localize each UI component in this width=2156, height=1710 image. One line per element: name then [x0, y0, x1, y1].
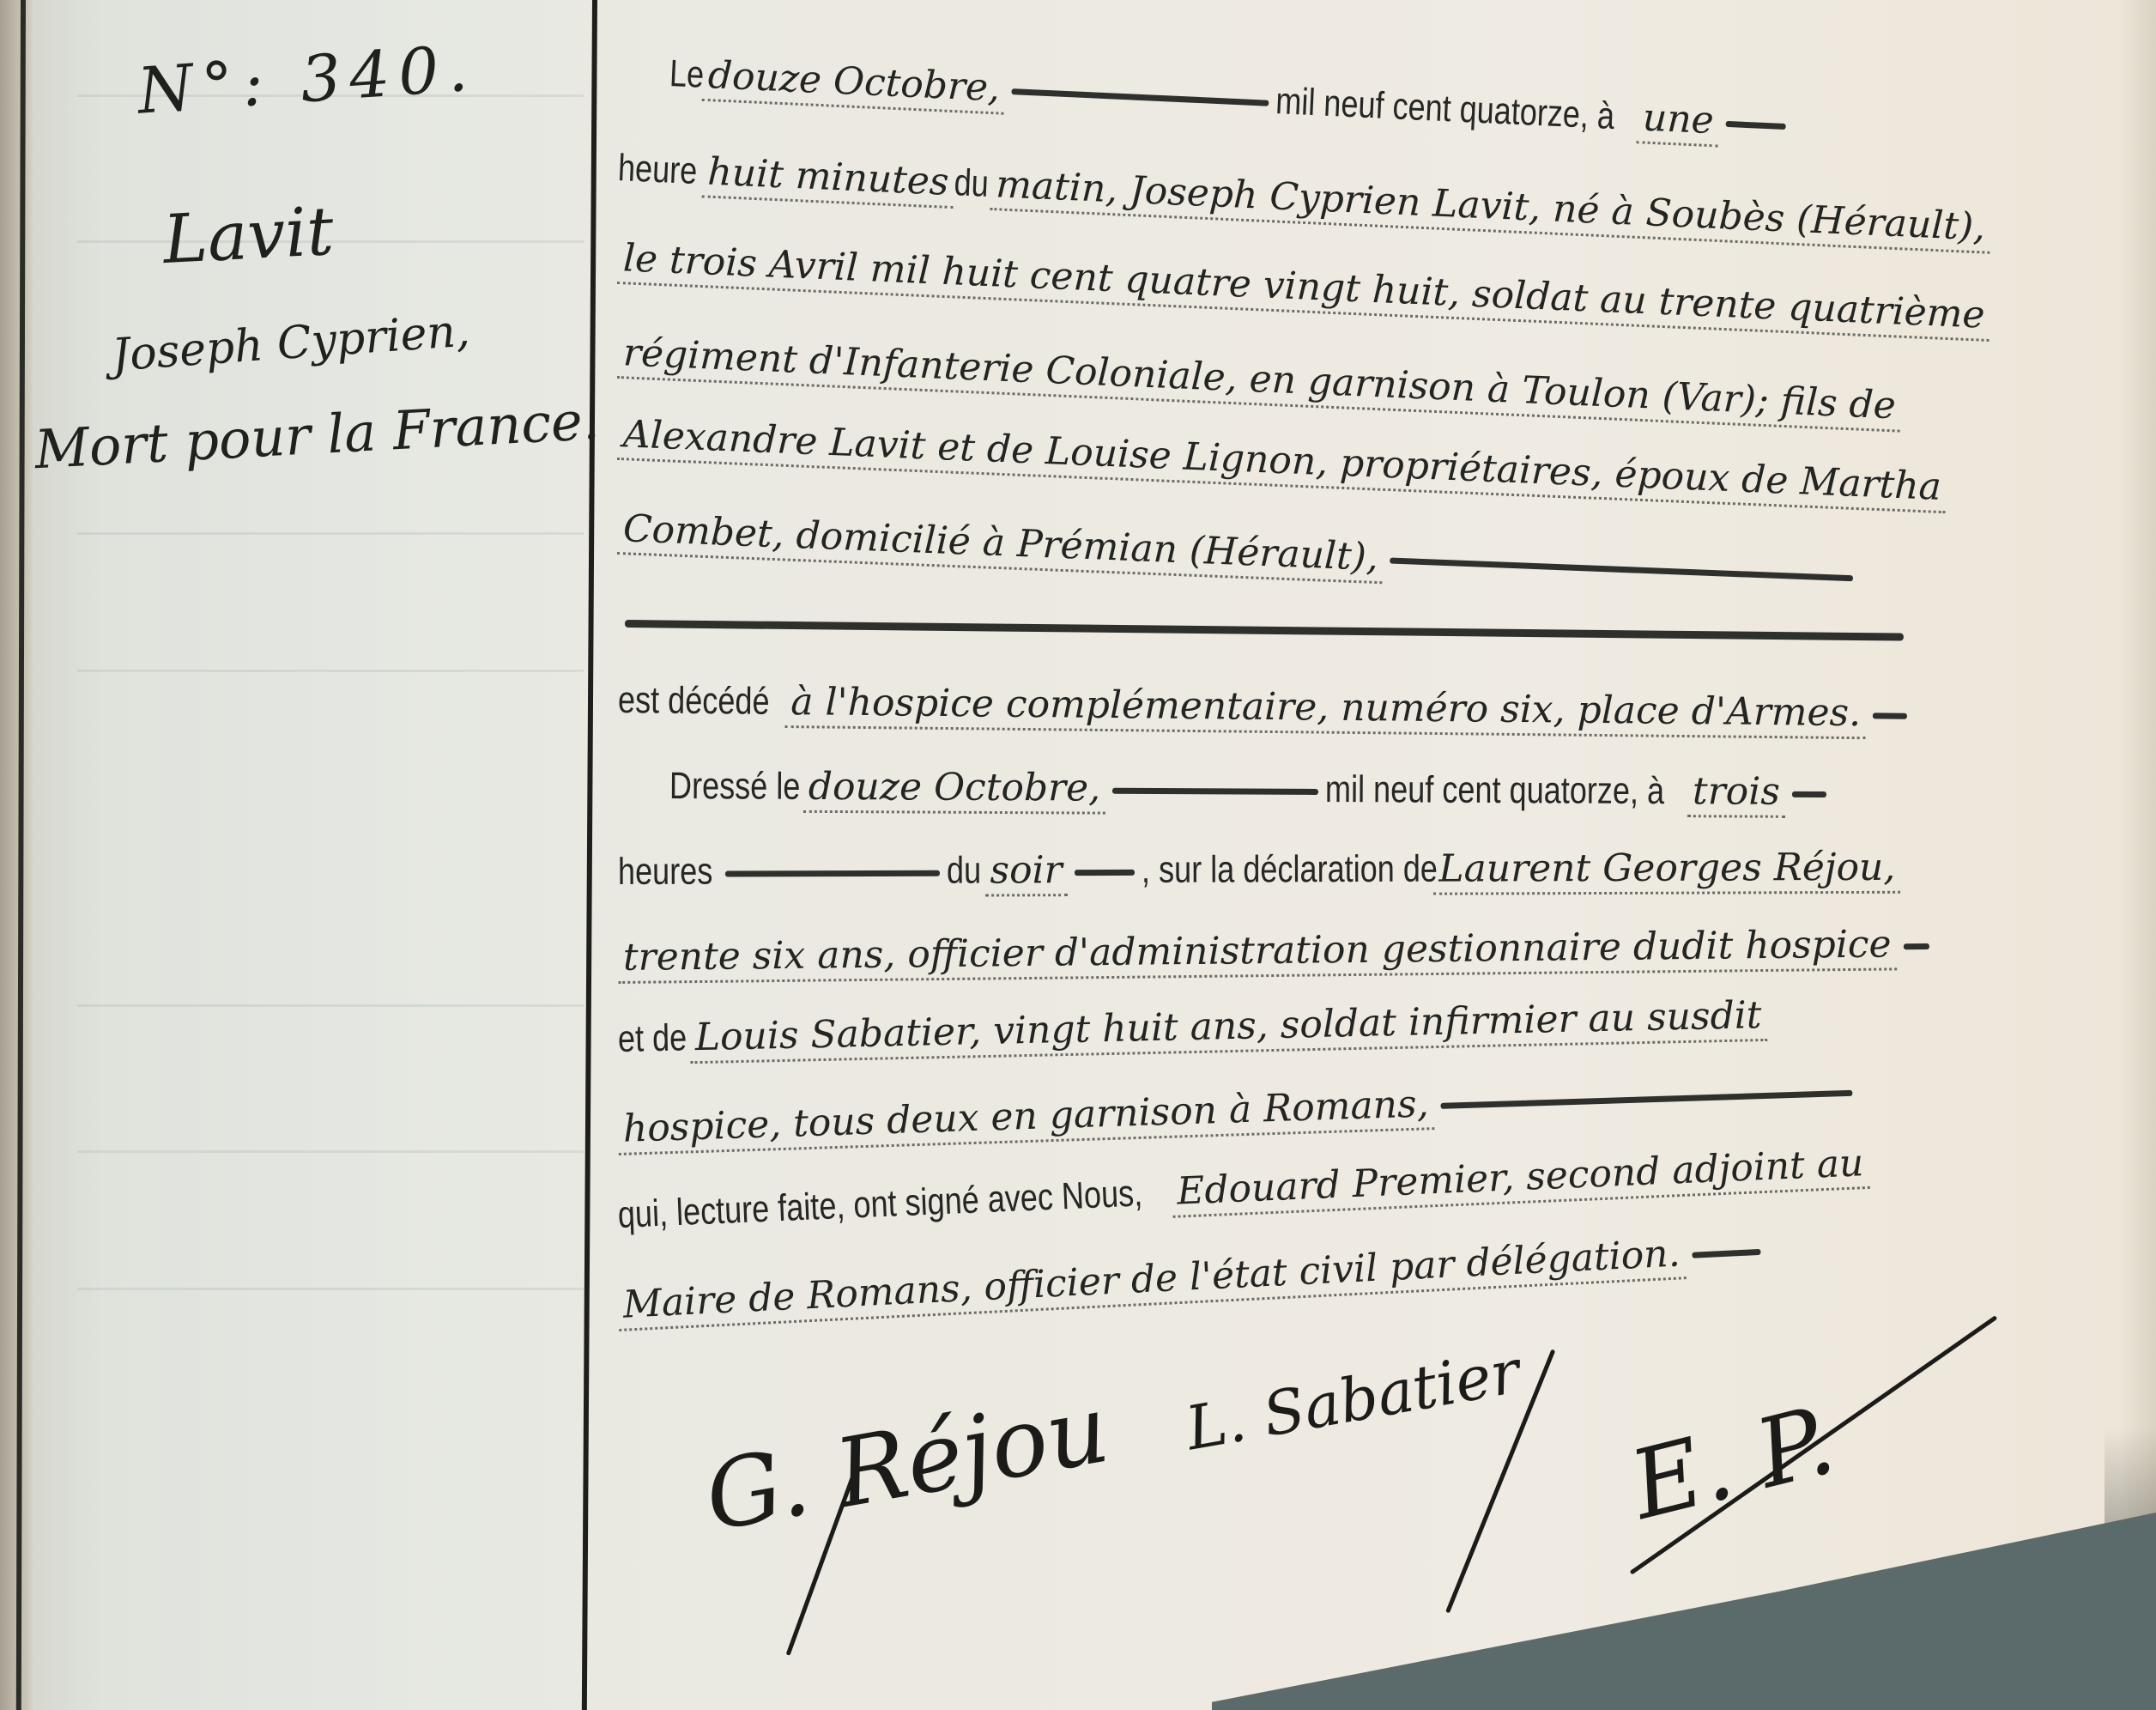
printed-text: du: [946, 850, 980, 893]
act-line-1: Le douze Octobre, mil neuf cent quatorze…: [669, 52, 1794, 150]
filler-dash: [1012, 88, 1269, 106]
filler-dash: [1112, 787, 1318, 794]
first-declarant-details-fill: trente six ans, officier d'administratio…: [618, 922, 1897, 984]
printed-text: du: [953, 161, 989, 206]
officer-title-fill: Maire de Romans, officier de l'état civi…: [617, 1231, 1687, 1331]
deceased-surname: Lavit: [161, 193, 336, 279]
act-line-5: Alexandre Lavit et de Louise Lignon, pro…: [617, 412, 1947, 513]
residence-fill: Combet, domicilié à Prémian (Hérault),: [617, 506, 1384, 584]
printed-text: , sur la déclaration de: [1142, 848, 1438, 892]
filler-dash: [1873, 712, 1907, 719]
filler-dash: [1390, 557, 1854, 581]
margin-column: N°: 340. Lavit Joseph Cyprien, Mort pour…: [34, 0, 592, 1710]
deceased-identity-fill: matin, Joseph Cyprien Lavit, né à Soubès…: [990, 162, 1991, 254]
birth-date-occupation-fill: le trois Avril mil huit cent quatre ving…: [617, 236, 1991, 342]
printed-text: et de: [617, 1016, 687, 1061]
first-declarant-fill: Laurent Georges Réjou,: [1433, 846, 1900, 895]
printed-text: heures: [618, 851, 713, 894]
act-line-2: heure huit minutes du matin, Joseph Cypr…: [617, 146, 1991, 254]
filler-dash: [1792, 791, 1826, 797]
printed-text: Le: [669, 52, 705, 97]
act-line-9: heures du soir , sur la déclaration de L…: [618, 846, 1901, 898]
declarants-garrison-fill: hospice, tous deux en garnison à Romans,: [617, 1082, 1434, 1155]
second-declarant-fill: Louis Sabatier, vingt huit ans, soldat i…: [689, 993, 1767, 1064]
death-minutes-fill: huit minutes: [701, 149, 954, 209]
drawn-up-date-fill: douze Octobre,: [803, 765, 1106, 815]
act-line-11: et de Louis Sabatier, vingt huit ans, so…: [617, 993, 1767, 1065]
act-line-4: régiment d'Infanterie Coloniale, en garn…: [617, 330, 1902, 433]
death-hour-fill: une: [1637, 95, 1720, 147]
filler-dash: [1725, 120, 1785, 129]
drawn-up-hour-fill: trois: [1687, 769, 1785, 818]
printed-text: est décédé: [618, 679, 770, 724]
printed-text: qui, lecture faite, ont signé avec Nous,: [617, 1172, 1143, 1237]
printed-text: mil neuf cent quatorze, à: [1275, 80, 1615, 138]
filler-dash: [1692, 1248, 1760, 1258]
register-page-photo: N°: 340. Lavit Joseph Cyprien, Mort pour…: [0, 0, 2156, 1710]
death-date-fill: douze Octobre,: [702, 53, 1006, 115]
mort-pour-la-france-mention: Mort pour la France.: [33, 389, 601, 481]
filler-dash: [1904, 943, 1929, 949]
death-place-fill: à l'hospice complémentaire, numéro six, …: [785, 680, 1866, 739]
filler-dash: [725, 870, 940, 876]
act-line-3: le trois Avril mil huit cent quatre ving…: [617, 236, 1991, 342]
deceased-given-names: Joseph Cyprien,: [110, 306, 471, 382]
act-line-6: Combet, domicilié à Prémian (Hérault),: [617, 506, 1862, 603]
blank-line-rule: [625, 620, 1904, 641]
parents-spouse-fill: Alexandre Lavit et de Louise Lignon, pro…: [617, 412, 1947, 513]
act-line-7: est décédé à l'hospice complémentaire, n…: [618, 678, 1915, 740]
regiment-fill: régiment d'Infanterie Coloniale, en garn…: [617, 330, 1902, 433]
act-line-8: Dressé le douze Octobre, mil neuf cent q…: [669, 764, 1833, 818]
officer-fill: Edouard Premier, second adjoint au: [1171, 1141, 1869, 1218]
entry-number: N°: 340.: [135, 31, 478, 128]
filler-dash: [1075, 869, 1135, 875]
act-line-10: trente six ans, officier d'administratio…: [618, 922, 1936, 984]
printed-text: mil neuf cent quatorze, à: [1325, 768, 1664, 813]
act-line-12: hospice, tous deux en garnison à Romans,: [617, 1069, 1860, 1155]
filler-dash: [1440, 1089, 1852, 1108]
act-line-14: Maire de Romans, officier de l'état civi…: [617, 1228, 1769, 1331]
period-fill: soir: [984, 848, 1067, 896]
printed-text: heure: [617, 147, 698, 193]
act-line-13: qui, lecture faite, ont signé avec Nous,…: [617, 1141, 1870, 1241]
printed-text: Dressé le: [669, 765, 801, 809]
